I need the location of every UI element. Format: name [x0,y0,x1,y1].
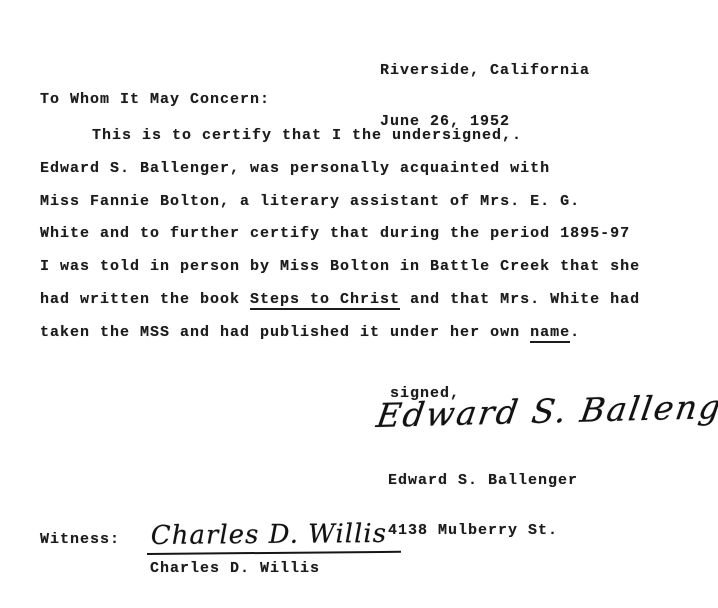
willis-handwritten-signature: Charles D. Willis [147,519,401,555]
body-line-6-pre: had written the book [40,291,250,308]
body-line-2: Edward S. Ballenger, was personally acqu… [40,153,690,186]
signature-typed-name: Edward S. Ballenger [388,473,578,490]
signature-typed-block: Edward S. Ballenger 4138 Mulberry St. [388,440,578,572]
witness-typed-name: Charles D. Willis [150,560,320,577]
name-word-underlined: name [530,324,570,343]
body-line-7: taken the MSS and had published it under… [40,317,690,350]
letter-body: This is to certify that I the undersigne… [40,120,690,350]
body-line-7-pre: taken the MSS and had published it under… [40,324,530,341]
book-title-underlined: Steps to Christ [250,291,400,310]
body-line-1: This is to certify that I the undersigne… [40,120,690,153]
body-line-7-post: . [570,324,580,341]
letter-page: Riverside, California June 26, 1952 To W… [0,0,718,608]
signature-address: 4138 Mulberry St. [388,523,578,540]
dateline-location: Riverside, California [380,62,590,79]
salutation: To Whom It May Concern: [40,91,270,108]
body-line-6-post: and that Mrs. White had [400,291,640,308]
witness-label: Witness: [40,531,120,548]
body-line-4: White and to further certify that during… [40,218,690,251]
body-line-3: Miss Fannie Bolton, a literary assistant… [40,186,690,219]
body-line-6: had written the book Steps to Christ and… [40,284,690,317]
body-line-5: I was told in person by Miss Bolton in B… [40,251,690,284]
